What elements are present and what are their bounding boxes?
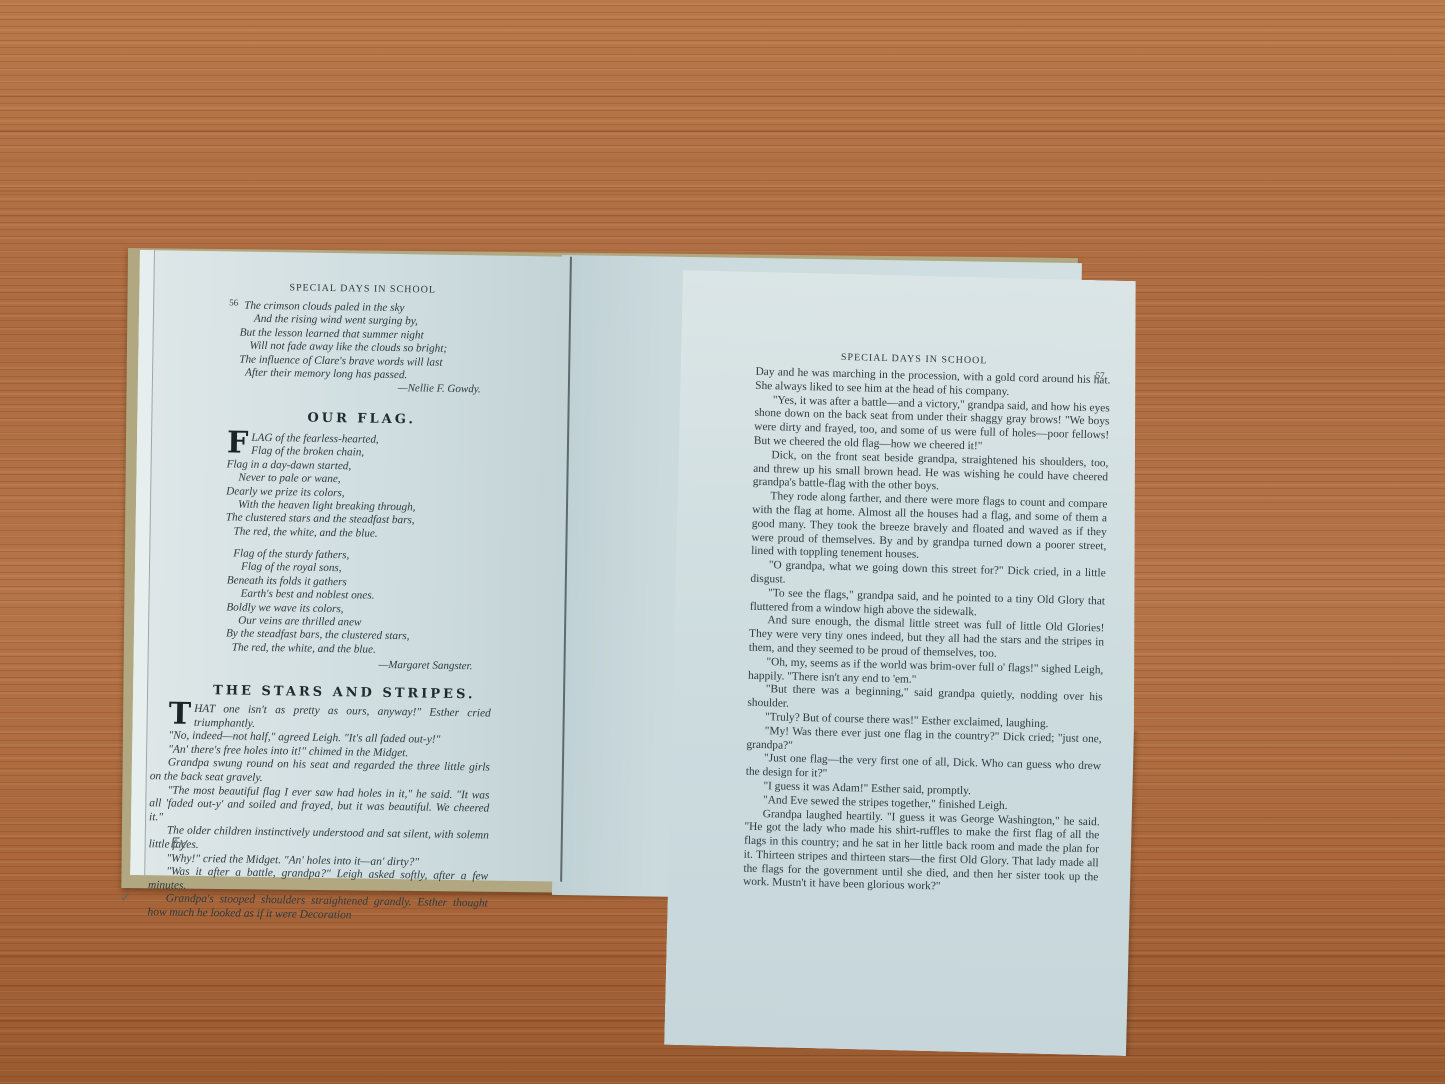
paragraph: Grandpa laughed heartily. "I guess it wa… <box>743 807 1100 898</box>
paragraph: They rode along farther, and there were … <box>751 490 1108 568</box>
drop-cap: F <box>227 431 249 455</box>
our-flag-stanza-2: Flag of the sturdy fathers, Flag of the … <box>226 547 411 657</box>
right-page-loose-leaf: SPECIAL DAYS IN SCHOOL 57 Day and he was… <box>664 270 1145 1056</box>
story-continuation: Day and he was marching in the processio… <box>743 366 1111 899</box>
poem-attribution: —Nellie F. Gowdy. <box>398 382 481 395</box>
section-title-our-flag: OUR FLAG. <box>307 411 416 428</box>
running-head: SPECIAL DAYS IN SCHOOL <box>841 352 988 367</box>
pencil-mark: Ey <box>171 836 188 852</box>
running-head: SPECIAL DAYS IN SCHOOL <box>289 282 436 295</box>
our-flag-stanza-1: F LAG of the fearless-hearted, Flag of t… <box>225 431 416 541</box>
paragraph: "The most beautiful flag I ever saw had … <box>149 784 490 830</box>
paragraph: "Yes, it was after a battle—and a victor… <box>754 393 1110 457</box>
section-title-stars-and-stripes: THE STARS AND STRIPES. <box>213 683 476 702</box>
stars-and-stripes-story: THAT one isn't as pretty as ours, anyway… <box>147 702 490 925</box>
drop-cap: T <box>169 703 192 727</box>
pencil-check-mark: ✓ <box>120 890 132 906</box>
left-page: 56 SPECIAL DAYS IN SCHOOL The crimson cl… <box>130 250 572 882</box>
poem-attribution: —Margaret Sangster. <box>378 659 472 672</box>
paragraph: Grandpa's stooped shoulders straightened… <box>147 893 487 926</box>
poem-ending: The crimson clouds paled in the sky And … <box>233 299 448 383</box>
